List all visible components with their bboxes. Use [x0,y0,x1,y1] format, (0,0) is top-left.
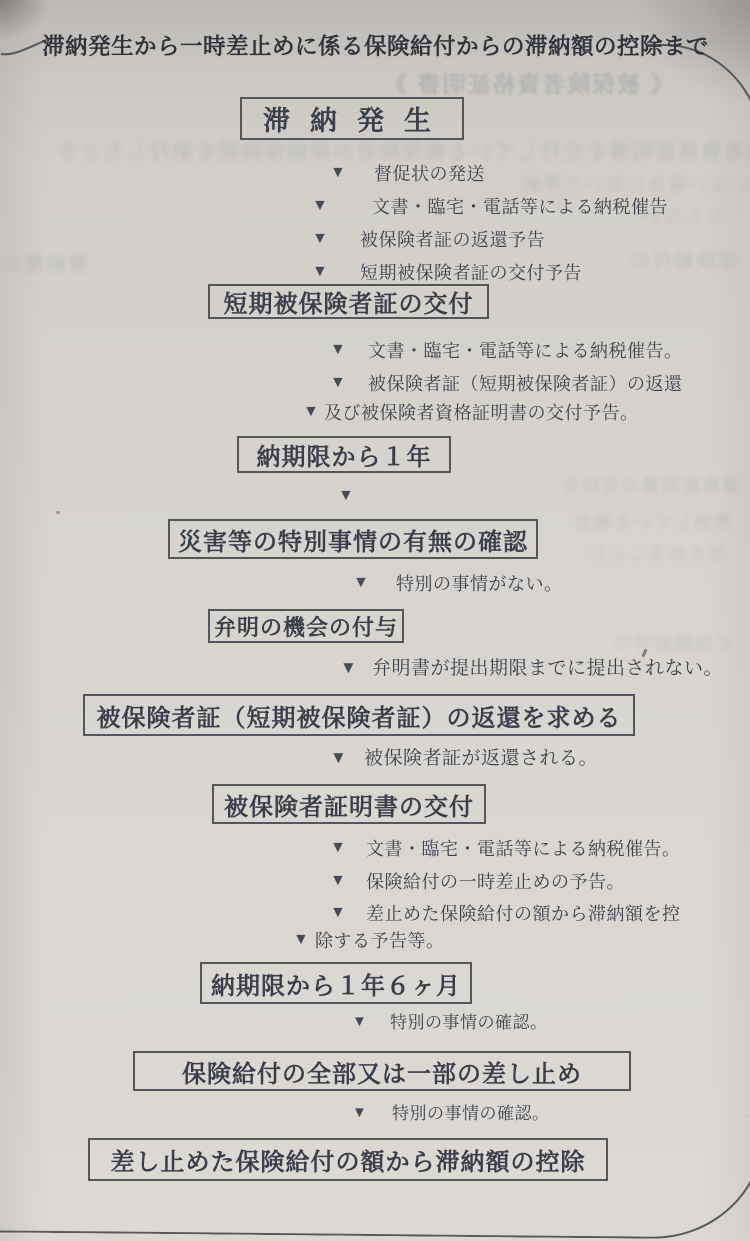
flow-bullet-text: 特別の事情がない。 [396,574,563,595]
flow-node-4: 災害等の特別事情の有無の確認 [168,519,538,559]
page-title: 滞納発生から一時差止めに係る保険給付からの滞納額の控除まで [42,29,709,61]
bleed-through-text: 被保険者資格証明書を交付している被保険者が滞納保険税を納付したとき [55,136,750,166]
triangle-down-icon: ▼ [330,165,346,181]
bleed-through-text: 付されることに [586,540,726,566]
flow-bullet-text: 特別の事情の確認。 [390,1013,548,1033]
bleed-through-text: 保険給付の [628,245,738,274]
flow-bullet-text: 文書・臨宅・電話等による納税催告。 [368,341,683,362]
triangle-down-icon: ▼ [330,905,346,921]
bleed-through-text: 滞納している場合 [572,508,732,534]
triangle-down-icon: ▼ [330,342,346,358]
bleed-through-text: 資格証明書の交付を [560,472,740,498]
triangle-down-icon: ▼ [352,1014,367,1029]
photo-speck [642,649,648,658]
flow-bullet-text: 短期被保険者証の交付予告 [360,263,582,284]
flow-bullet-text: 及び被保険者資格証明書の交付予告。 [324,403,639,424]
triangle-down-icon: ▼ [340,659,357,676]
triangle-down-icon: ▼ [338,488,354,504]
triangle-down-icon: ▼ [312,231,328,247]
flow-bullet-text: 弁明書が提出期限までに提出されない。 [372,658,723,680]
triangle-down-icon: ▼ [303,404,319,420]
flow-node-7: 被保険者証明書の交付 [212,784,486,824]
photo-speck [56,511,60,514]
triangle-down-icon: ▼ [353,575,369,591]
triangle-down-icon: ▼ [330,840,346,856]
flow-bullet-text: 被保険者証（短期被保険者証）の返還 [368,374,683,395]
flow-bullet-text: 督促状の発送 [374,164,485,185]
flow-bullet-text: 差止めた保険給付の額から滞納額を控 [366,904,681,925]
flow-bullet-text: 文書・臨宅・電話等による納税催告 [372,197,668,218]
flow-node-6: 被保険者証（短期被保険者証）の返還を求める [83,694,635,736]
flow-node-9: 保険給付の全部又は一部の差し止め [133,1051,631,1091]
bleed-through-text: に保険給付の [612,630,732,656]
flow-node-3: 納期限から１年 [237,436,451,473]
flow-bullet-text: 被保険者証が返還される。 [364,748,598,770]
flow-node-2: 短期被保険者証の交付 [208,284,489,319]
triangle-down-icon: ▼ [312,198,328,214]
triangle-down-icon: ▼ [330,375,346,391]
triangle-down-icon: ▼ [293,932,309,948]
flow-bullet-text: 特別の事情の確認。 [392,1104,550,1124]
triangle-down-icon: ▼ [330,873,346,889]
bleed-through-text: 滞納額の [0,248,88,277]
triangle-down-icon: ▼ [352,1105,367,1120]
triangle-down-icon: ▼ [312,264,328,280]
flow-node-5: 弁明の機会の付与 [208,609,404,643]
flow-bullet-text: 除する予告等。 [315,931,445,952]
bleed-through-text: 《 被保険者資格証明書 》 [382,66,674,99]
flow-node-10: 差し止めた保険給付の額から滞納額の控除 [88,1138,608,1181]
frame-top-right-corner [646,44,750,178]
triangle-down-icon: ▼ [330,749,347,766]
flow-node-1: 滞納発生 [240,97,464,140]
bleed-through-text: いない場合において滞納 [520,170,750,197]
flow-bullet-text: 被保険者証の返還予告 [360,230,545,251]
flow-bullet-text: 文書・臨宅・電話等による納税催告。 [366,839,681,860]
flow-bullet-text: 保険給付の一時差止めの予告。 [366,872,625,893]
flow-node-8: 納期限から１年６ヶ月 [200,962,472,1004]
photographed-flowchart-page: 滞納発生から一時差止めに係る保険給付からの滞納額の控除まで 《 被保険者資格証明… [0,0,750,1241]
